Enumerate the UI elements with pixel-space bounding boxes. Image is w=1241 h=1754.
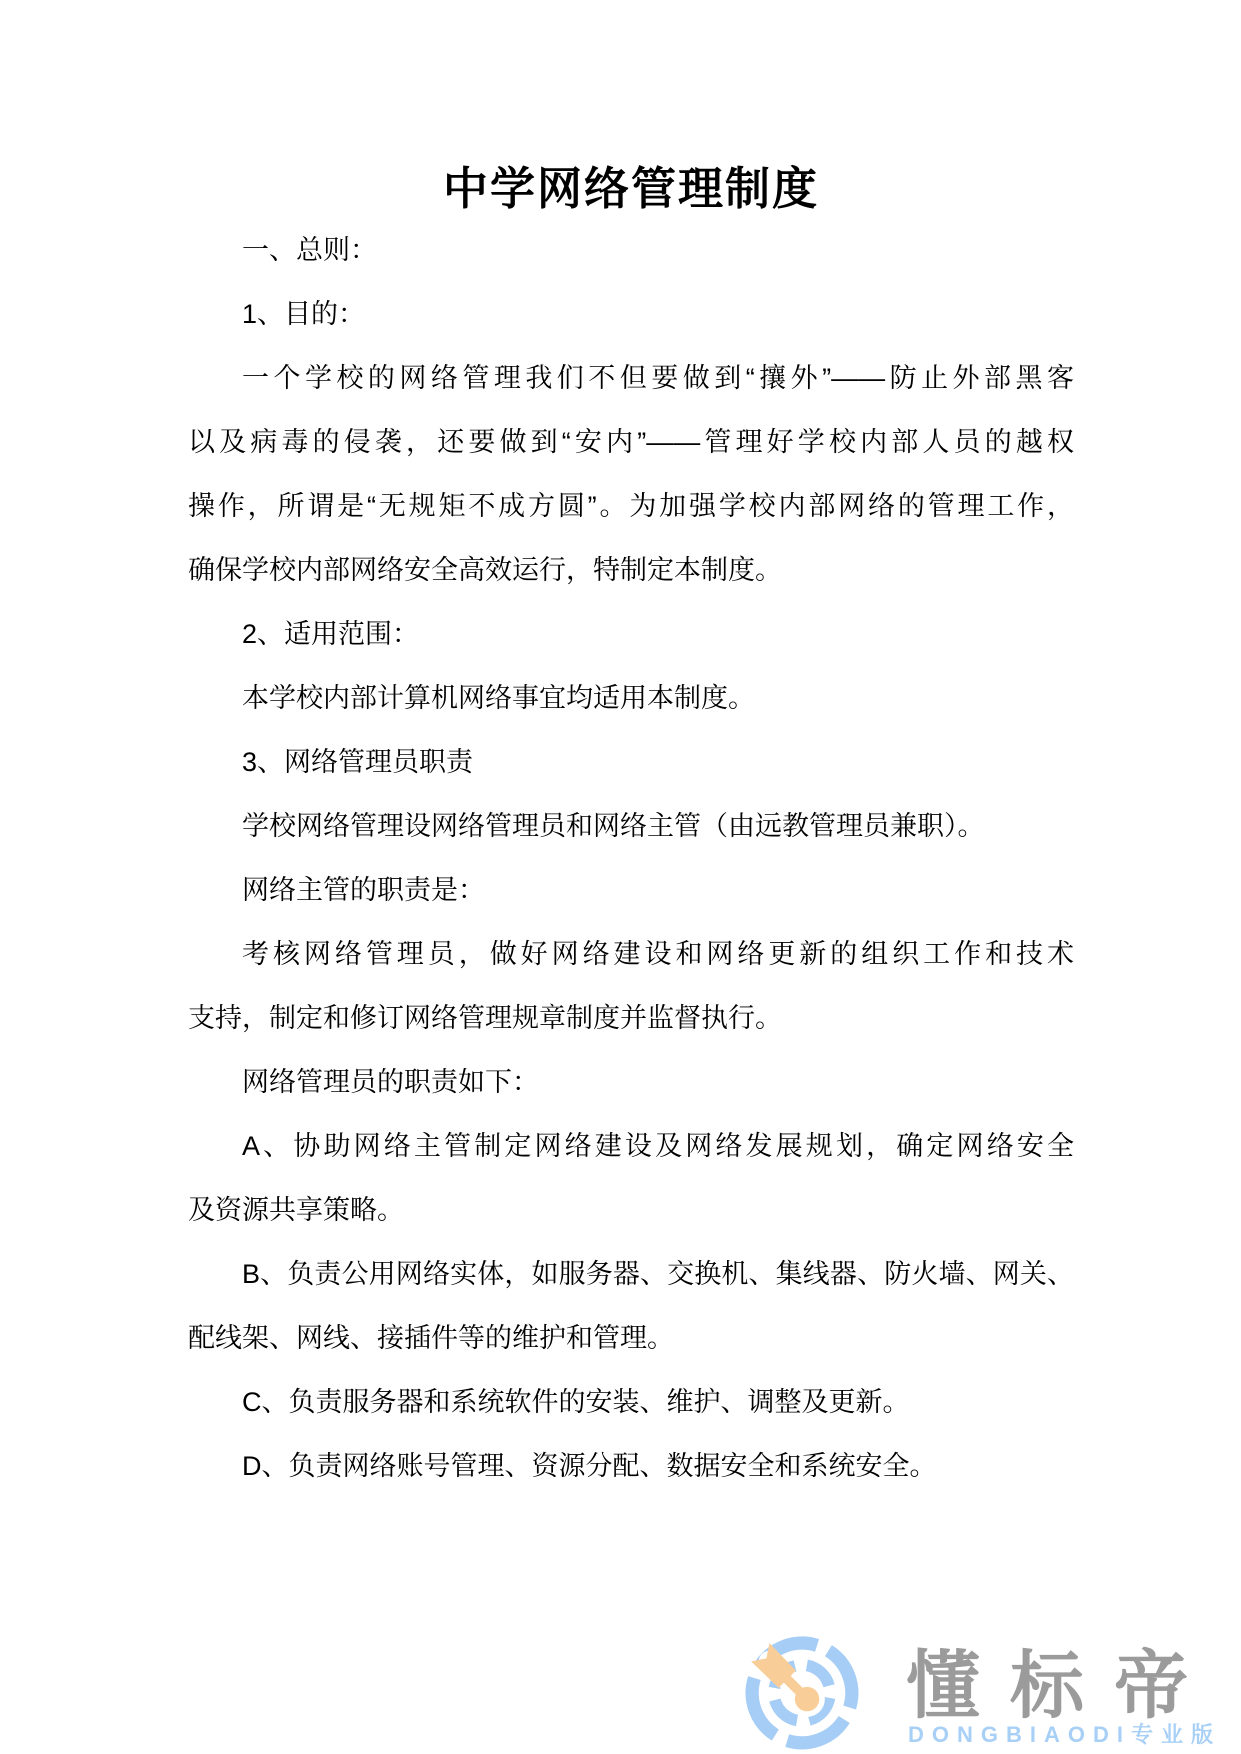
text-line: 网络管理员的职责如下： <box>188 1050 1074 1114</box>
document-body: 一、总则：1、目的：一个学校的网络管理我们不但要做到“攘外”——防止外部黑客以及… <box>188 218 1074 1498</box>
text-line: 3、网络管理员职责 <box>188 730 1074 794</box>
document-page: 中学网络管理制度 一、总则：1、目的：一个学校的网络管理我们不但要做到“攘外”—… <box>0 0 1241 1754</box>
text-line: 确保学校内部网络安全高效运行，特制定本制度。 <box>188 538 1074 602</box>
text-line: 考核网络管理员，做好网络建设和网络更新的组织工作和技术 <box>188 922 1074 986</box>
page-title: 中学网络管理制度 <box>188 160 1074 218</box>
text-line: 网络主管的职责是： <box>188 858 1074 922</box>
text-line: A、协助网络主管制定网络建设及网络发展规划，确定网络安全 <box>188 1114 1074 1178</box>
text-line: 一、总则： <box>188 218 1074 282</box>
text-line: 2、适用范围： <box>188 602 1074 666</box>
text-line: 1、目的： <box>188 282 1074 346</box>
text-line: 一个学校的网络管理我们不但要做到“攘外”——防止外部黑客 <box>188 346 1074 410</box>
text-line: 本学校内部计算机网络事宜均适用本制度。 <box>188 666 1074 730</box>
text-line: C、负责服务器和系统软件的安装、维护、调整及更新。 <box>188 1370 1074 1434</box>
text-line: B、负责公用网络实体，如服务器、交换机、集线器、防火墙、网关、 <box>188 1242 1074 1306</box>
watermark-subtitle: DONGBIAODI专业版 <box>908 1722 1221 1748</box>
watermark-edition: 专业版 <box>1131 1722 1221 1747</box>
text-line: 学校网络管理设网络管理员和网络主管（由远教管理员兼职）。 <box>188 794 1074 858</box>
watermark-brand-cn: 懂标帝 <box>906 1648 1218 1724</box>
text-line: 支持，制定和修订网络管理规章制度并监督执行。 <box>188 986 1074 1050</box>
dongbiaodi-target-dart-icon <box>744 1636 862 1754</box>
text-line: 及资源共享策略。 <box>188 1178 1074 1242</box>
text-line: D、负责网络账号管理、资源分配、数据安全和系统安全。 <box>188 1434 1074 1498</box>
watermark-brand-latin: DONGBIAODI <box>908 1722 1131 1747</box>
text-line: 配线架、网线、接插件等的维护和管理。 <box>188 1306 1074 1370</box>
text-line: 以及病毒的侵袭，还要做到“安内”——管理好学校内部人员的越权 <box>188 410 1074 474</box>
text-line: 操作，所谓是“无规矩不成方圆”。为加强学校内部网络的管理工作， <box>188 474 1074 538</box>
